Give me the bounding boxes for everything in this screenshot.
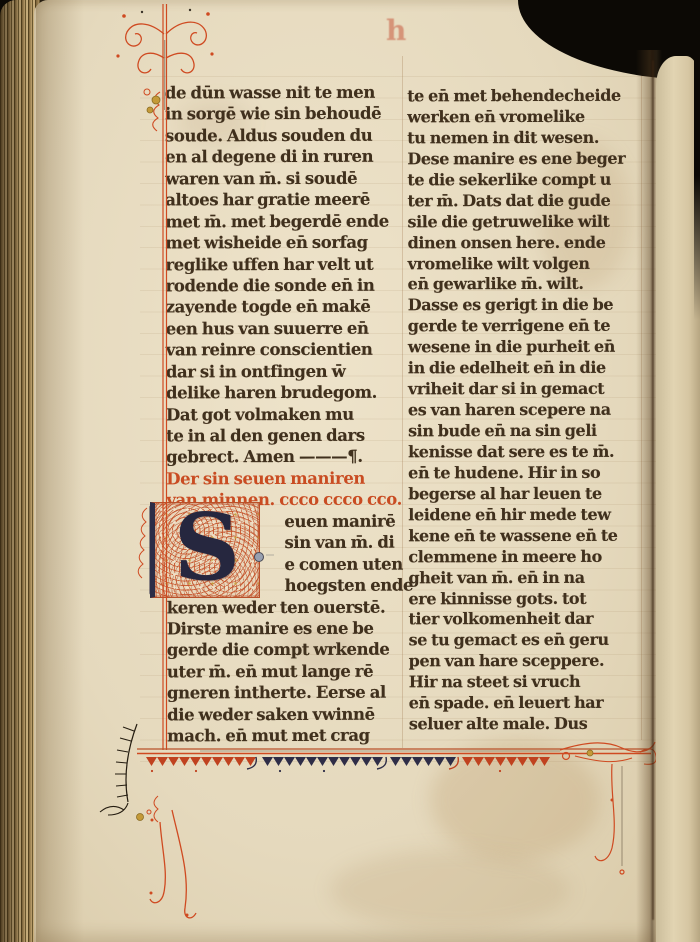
- text-line: de dūn wasse nit te men: [165, 82, 401, 104]
- text-line: gerde te verrigene en̄ te: [408, 316, 646, 338]
- text-line: Hir na steet si vruch: [409, 672, 647, 694]
- text-line: delike haren brudegom.: [166, 382, 402, 404]
- text-line: begerse al har leuen te: [408, 484, 646, 506]
- text-line: tu nemen in dit wesen.: [407, 128, 645, 150]
- text-line: Dasse es gerigt in die be: [408, 295, 646, 317]
- text-line: te in al den genen dars: [166, 425, 402, 447]
- text-line: kene en̄ te wassene en̄ te: [408, 525, 646, 547]
- text-line: kenisse dat sere es te m̄.: [408, 442, 646, 464]
- text-line: ter m̄. Dats dat die gude: [407, 190, 645, 212]
- text-line: met m̄. met begerdē ende: [165, 210, 401, 232]
- text-line: wesene in die purheit en̄: [408, 337, 646, 359]
- initial-letter: S: [155, 497, 259, 597]
- text-line: die weder saken vwinnē: [167, 703, 403, 725]
- text-line: gebrect. Amen ———¶.: [166, 446, 402, 468]
- text-line: uter m̄. en̄ mut lange rē: [167, 660, 403, 682]
- text-line: sin bude en̄ na sin geli: [408, 421, 646, 443]
- text-line: dar si in ontfingen w̄: [166, 360, 402, 382]
- text-line: altoes har gratie meerē: [165, 189, 401, 211]
- text-line: rodende die sonde en̄ in: [166, 275, 402, 297]
- text-line: in die edelheit en̄ in die: [408, 358, 646, 380]
- rubric-line: Der sin seuen maniren: [166, 467, 402, 489]
- text-line: Dirste manire es ene be: [167, 618, 403, 640]
- text-line: es van haren scepere na: [408, 400, 646, 422]
- text-line: Dat got volmaken mu: [166, 403, 402, 425]
- text-line: te die sekerlike compt u: [407, 169, 645, 191]
- text-line: vromelike wilt volgen: [408, 253, 646, 275]
- right-column: te en̄ met behendecheidewerken en̄ vrome…: [407, 86, 647, 736]
- parchment-stain: [330, 850, 570, 930]
- background-right-edge: [694, 0, 700, 320]
- text-line: vriheit dar si in gemact: [408, 379, 646, 401]
- text-line: clemmene in meere ho: [408, 546, 646, 568]
- text-line: se tu gemact es en̄ geru: [409, 630, 647, 652]
- text-line: ere kinnisse gots. tot: [408, 588, 646, 610]
- gutter-crease: [652, 60, 654, 920]
- decorated-initial: S: [150, 502, 260, 598]
- text-line: met wisheide en̄ sorfag: [165, 232, 401, 254]
- book-photo: h de dūn wasse nit te menin sorgē wie si…: [0, 0, 700, 942]
- text-line: en̄ te hudene. Hir in so: [408, 463, 646, 485]
- text-line: leidene en̄ hir mede tew: [408, 504, 646, 526]
- text-line: mach. en̄ mut met crag: [167, 725, 403, 747]
- text-line: pen van hare sceppere.: [409, 651, 647, 673]
- text-line: sile die getruwelike wilt: [407, 211, 645, 233]
- text-line: en̄ gewarlike m̄. wilt.: [408, 274, 646, 296]
- text-line: Dese manire es ene beger: [407, 149, 645, 171]
- left-column: de dūn wasse nit te menin sorgē wie sin …: [165, 82, 403, 747]
- text-line: te en̄ met behendecheide: [407, 86, 645, 108]
- text-line: van reinre conscientien: [166, 339, 402, 361]
- text-line: seluer alte male. Dus: [409, 714, 647, 736]
- text-line: reglike uffen har velt ut: [165, 253, 401, 275]
- text-line: gneren intherte. Eerse al: [167, 682, 403, 704]
- text-line: dinen onsen here. ende: [408, 232, 646, 254]
- text-line: gerde die compt wrkende: [167, 639, 403, 661]
- text-line: tier volkomenheit dar: [409, 609, 647, 631]
- text-line: soude. Aldus souden du: [165, 124, 401, 146]
- text-line: en̄ spade. en̄ leuert har: [409, 693, 647, 715]
- text-line: zayende togde en̄ makē: [166, 296, 402, 318]
- text-line: waren van m̄. si soudē: [165, 167, 401, 189]
- text-line: gheit van m̄. en̄ in na: [408, 567, 646, 589]
- text-line: een hus van suuerre en̄: [166, 317, 402, 339]
- text-line: en al degene di in ruren: [165, 146, 401, 168]
- folio-mark: h: [386, 14, 426, 54]
- fore-edge-shadow: [36, 0, 84, 942]
- text-line: in sorgē wie sin behoudē: [165, 103, 401, 125]
- text-line: werken en̄ vromelike: [407, 107, 645, 129]
